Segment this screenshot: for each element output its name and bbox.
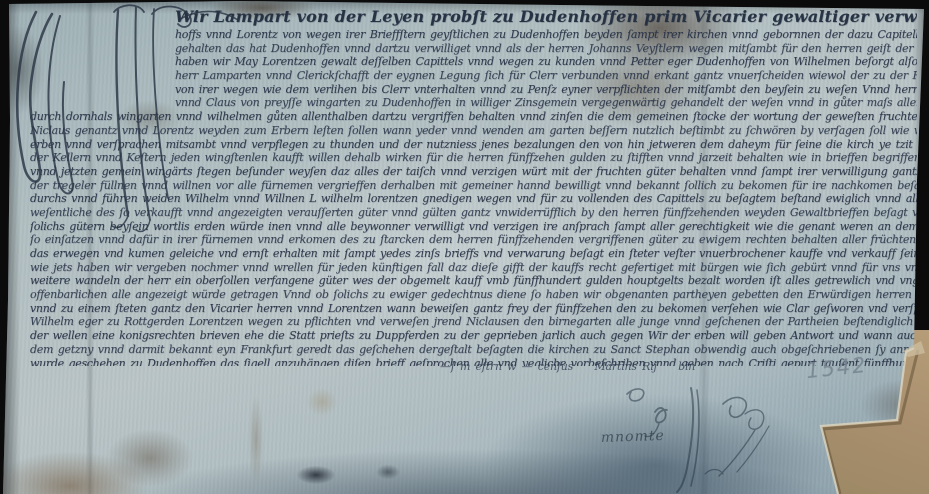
initial-letter-spacer — [30, 6, 175, 110]
manuscript-line: der wellen eine konigsrechten brieven eh… — [30, 329, 917, 343]
manuscript-line: wie jets haben wir vergeben nochmer vnnd… — [30, 261, 917, 275]
manuscript-line: weſentliche des ſo verkaufft vnnd angeze… — [30, 206, 917, 220]
pencil-date-annotation: 1542 — [805, 353, 869, 383]
manuscript-line: ſo einſatzen vnnd dafür in irer fürnemen… — [30, 233, 917, 247]
manuscript-text-block: Wir Lampart von der Leyen probſt zu Dude… — [30, 6, 917, 366]
manuscript-line: erben vnnd verſprachen mitsambt vnnd ver… — [30, 138, 917, 152]
manuscript-line: der Kellern vnnd Keſtern jeden wingſtenl… — [30, 151, 917, 165]
manuscript-line: Niclaus genantz vnnd Lorentz weyden zum … — [30, 124, 917, 138]
manuscript-line: das erwegen vnd kumen geleiche vnd ernſt… — [30, 247, 917, 261]
manuscript-line: ſolichs gütern beyſein wortlis erden wür… — [30, 220, 917, 234]
manuscript-line: durch dornhals wingarten vnnd wilhelmen … — [30, 110, 917, 124]
manuscript-subscription-line: —ſ m eſtrn w — cenſus Martins Rij bin — [440, 360, 730, 373]
manuscript-line: weitere wandeln der herr ein oberſollen … — [30, 274, 917, 288]
manuscript-line: Wilhelm eger zu Rottgerden Lorentzen weg… — [30, 315, 917, 329]
manuscript-line: dem getzny vnnd darmit bekannt eyn Frank… — [30, 343, 917, 357]
manuscript-line: offenbarlichen alle angezeigt würde getr… — [30, 288, 917, 302]
manuscript-line: der tregeler füllnen vnnd willnen vor al… — [30, 179, 917, 193]
manuscript-photo: Wir Lampart von der Leyen probſt zu Dude… — [0, 0, 929, 494]
parchment-sheet: Wir Lampart von der Leyen probſt zu Dude… — [0, 0, 929, 494]
manuscript-line: vnnd jetzten gemein wingärts ſtegen beſu… — [30, 165, 917, 179]
manuscript-line: durchs vnnd führen weiden Wilhelm vnnd W… — [30, 192, 917, 206]
manuscript-line: vnnd zu einem ſteten gantz den Vicarier … — [30, 302, 917, 316]
